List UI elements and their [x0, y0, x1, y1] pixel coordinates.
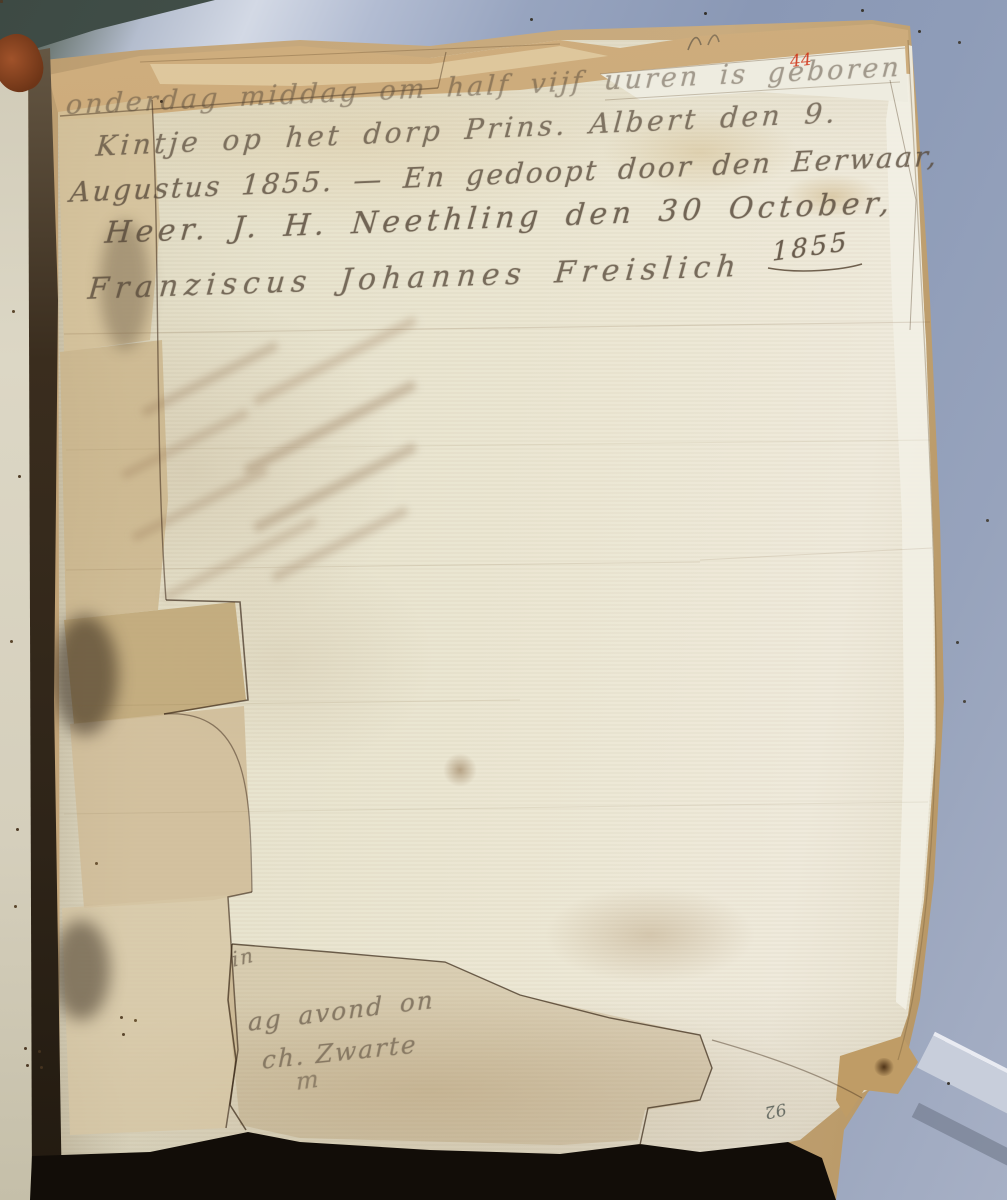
fragment-line-4: m — [296, 1065, 320, 1096]
red-annotation: 44 — [789, 50, 813, 72]
photo-of-baptism-register-page: onderdag middag om half vijf uuren is ge… — [0, 0, 1007, 1200]
